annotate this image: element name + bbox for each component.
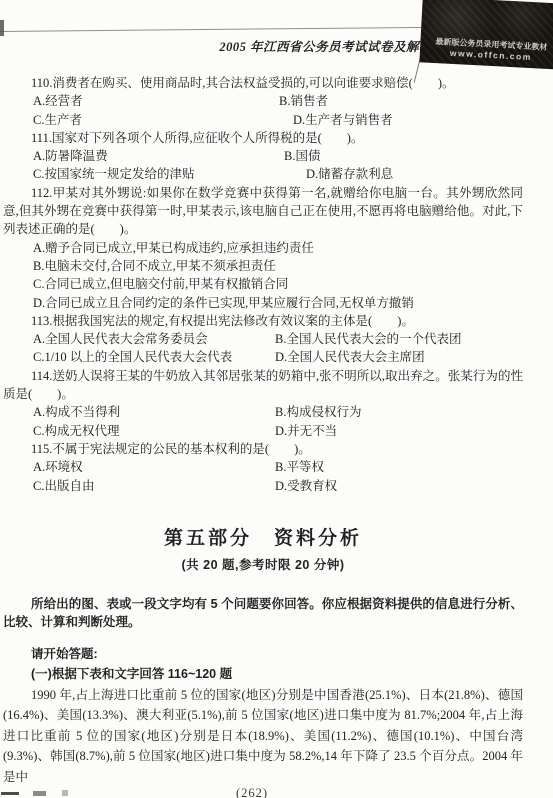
page-content: 110.消费者在购买、使用商品时,其合法权益受损的,可以向谁要求赔偿( )。 A… — [3, 74, 523, 787]
option-112-a: A.赠予合同已成立,甲某已构成违约,应承担违约责任 — [33, 241, 314, 255]
option-112-b: B.电脑未交付,合同不成立,甲某不须承担责任 — [33, 259, 276, 273]
option-113-b: B.全国人民代表大会的一个代表团 — [275, 330, 461, 348]
option-111-d: D.储蓄存款利息 — [306, 165, 393, 183]
option-110-c: C.生产者 — [33, 113, 82, 127]
option-114-c: C.构成无权代理 — [33, 424, 119, 438]
question-115-options-ab: A.环境权 B.平等权 — [3, 458, 523, 476]
question-113-options-ab: A.全国人民代表大会常务委员会 B.全国人民代表大会的一个代表团 — [3, 330, 523, 348]
option-113-a: A.全国人民代表大会常务委员会 — [33, 332, 208, 346]
question-112-option-d: D.合同已成立且合同约定的条件已实现,甲某应履行合同,无权单方撤销 — [3, 294, 523, 312]
option-115-d: D.受教育权 — [275, 477, 337, 495]
section-five-subtitle: (共 20 题,参考时限 20 分钟) — [3, 557, 523, 573]
option-114-b: B.构成侵权行为 — [275, 403, 361, 421]
question-113-options-cd: C.1/10 以上的全国人民代表大会代表 D.全国人民代表大会主席团 — [3, 348, 523, 366]
option-113-d: D.全国人民代表大会主席团 — [275, 348, 425, 366]
footer-artifact — [62, 790, 68, 796]
option-111-b: B.国债 — [284, 147, 320, 165]
publisher-stamp: 最新版公务员录用考试专业教材 www.offcn.com — [419, 0, 553, 70]
footer-artifact — [33, 791, 46, 796]
section-five-title: 第五部分 资料分析 — [3, 527, 523, 551]
material-one-passage: 1990 年,占上海进口比重前 5 位的国家(地区)分别是中国香港(25.1%)… — [3, 685, 523, 788]
option-115-a: A.环境权 — [33, 460, 83, 474]
question-110-stem: 110.消费者在购买、使用商品时,其合法权益受损的,可以向谁要求赔偿( )。 — [3, 74, 523, 92]
question-111-stem: 111.国家对下列各项个人所得,应征收个人所得税的是( )。 — [3, 129, 523, 147]
question-115-options-cd: C.出版自由 D.受教育权 — [3, 477, 523, 495]
option-111-a: A.防暑降温费 — [33, 149, 108, 163]
scanned-exam-page: 2005 年江西省公务员考试试卷及解析 最新版公务员录用考试专业教材 www.o… — [0, 0, 553, 798]
begin-answering-label: 请开始答题: — [3, 645, 523, 664]
question-114-options-ab: A.构成不当得利 B.构成侵权行为 — [3, 403, 523, 421]
material-one-heading: (一)根据下表和文字回答 116~120 题 — [3, 665, 523, 684]
question-110-options-ab: A.经营者 B.销售者 — [3, 92, 523, 110]
option-114-a: A.构成不当得利 — [33, 405, 120, 419]
option-113-c: C.1/10 以上的全国人民代表大会代表 — [33, 350, 232, 364]
question-112-option-a: A.赠予合同已成立,甲某已构成违约,应承担违约责任 — [3, 239, 523, 257]
question-113-stem: 113.根据我国宪法的规定,有权提出宪法修改有效议案的主体是( )。 — [3, 312, 523, 330]
option-112-d: D.合同已成立且合同约定的条件已实现,甲某应履行合同,无权单方撤销 — [33, 296, 414, 310]
scan-artifact-left-edge — [0, 20, 4, 36]
question-112-stem: 112.甲某对其外甥说:如果你在数学竞赛中获得第一名,就赠给你电脑一台。其外甥欣… — [3, 184, 523, 239]
section-five-directions: 所给出的图、表或一段文字均有 5 个问题要你回答。你应根据资料提供的信息进行分析… — [3, 595, 523, 632]
option-115-c: C.出版自由 — [33, 479, 94, 493]
option-110-d: D.生产者与销售者 — [293, 111, 393, 129]
question-114-options-cd: C.构成无权代理 D.并无不当 — [3, 422, 523, 440]
question-111-options-cd: C.按国家统一规定发给的津贴 D.储蓄存款利息 — [3, 165, 523, 183]
option-111-c: C.按国家统一规定发给的津贴 — [33, 167, 194, 181]
footer-artifact — [1, 792, 19, 795]
question-114-stem: 114.送奶人误将王某的牛奶放入其邻居张某的奶箱中,张不明所以,取出弃之。张某行… — [3, 367, 523, 404]
option-110-a: A.经营者 — [33, 94, 83, 108]
question-112-option-c: C.合同已成立,但电脑交付前,甲某有权撤销合同 — [3, 275, 523, 293]
option-112-c: C.合同已成立,但电脑交付前,甲某有权撤销合同 — [33, 277, 288, 291]
question-110-options-cd: C.生产者 D.生产者与销售者 — [3, 111, 523, 129]
option-115-b: B.平等权 — [275, 458, 324, 476]
page-number: (262) — [236, 786, 268, 798]
page-header-title: 2005 年江西省公务员考试试卷及解析 — [219, 37, 432, 55]
option-110-b: B.销售者 — [279, 92, 328, 110]
option-114-d: D.并无不当 — [275, 422, 337, 440]
question-111-options-ab: A.防暑降温费 B.国债 — [3, 147, 523, 165]
question-115-stem: 115.不属于宪法规定的公民的基本权利的是( )。 — [3, 440, 523, 458]
question-112-option-b: B.电脑未交付,合同不成立,甲某不须承担责任 — [3, 257, 523, 275]
header-rule — [0, 27, 437, 33]
